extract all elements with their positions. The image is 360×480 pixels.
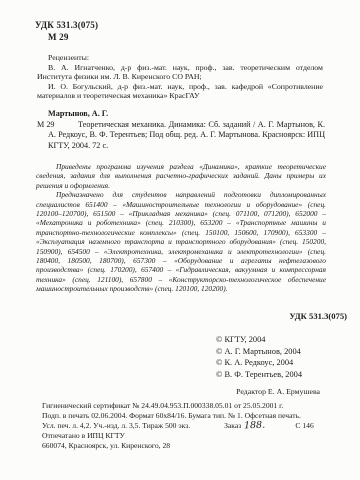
volume-order-line: Усл. печ. л. 4,2. Уч.-изд. л. 3,5. Тираж… xyxy=(42,421,342,431)
reviewers-section: Рецензенты: В. А. Игнатченко, д-р физ.-м… xyxy=(37,53,323,101)
order-label: Заказ xyxy=(224,421,241,431)
copyright-line: © КГТУ, 2004 xyxy=(216,334,302,346)
udc-classification-top: УДК 531.3(075) М 29 xyxy=(35,19,98,43)
catalog-author: Мартынов, А. Г. xyxy=(48,109,325,119)
print-info-line: Подп. в печать 02.06.2004. Формат 60х84/… xyxy=(42,411,342,421)
abstract-section: Приведены программа изучения раздела «Ди… xyxy=(36,162,326,294)
catalog-card: Мартынов, А. Г. М 29 Теоретическая механ… xyxy=(37,109,325,151)
copyright-line: © В. Ф. Терентьев, 2004 xyxy=(216,369,302,381)
c-code: С 146 xyxy=(295,421,313,431)
udc-classification-bottom: УДК 531.3(075) xyxy=(289,311,347,321)
catalog-entry-row: М 29 Теоретическая механика. Динамика: С… xyxy=(37,120,325,151)
reviewer-item: В. А. Игнатченко, д-р физ.-мат. наук, пр… xyxy=(37,63,323,82)
reviewer-item: И. О. Богульский, д-р физ.-мат. наук, пр… xyxy=(37,82,323,101)
editor-credit: Редактор Е. А. Ермушева xyxy=(236,387,320,396)
publisher-address-line: 660074, Красноярск, ул. Киренского, 28 xyxy=(42,441,342,451)
printed-at-line: Отпечатано в ИПЦ КГТУ xyxy=(42,431,342,441)
copyright-block: © КГТУ, 2004 © А. Г. Мартынов, 2004 © К.… xyxy=(216,334,302,380)
reviewers-heading: Рецензенты: xyxy=(37,53,323,63)
hygiene-certificate-line: Гигиенический сертификат № 24.49.04.953.… xyxy=(42,401,342,411)
udc-number: УДК 531.3(075) xyxy=(35,19,98,31)
catalog-code: М 29 xyxy=(37,120,55,130)
imprint-section: Гигиенический сертификат № 24.49.04.953.… xyxy=(42,401,342,451)
volume-info: Усл. печ. л. 4,2. Уч.-изд. л. 3,5. Тираж… xyxy=(42,421,190,431)
catalog-entry: Теоретическая механика. Динамика: Сб. за… xyxy=(48,120,325,151)
abstract-paragraph: Предназначено для студентов направлений … xyxy=(36,190,326,293)
abstract-paragraph: Приведены программа изучения раздела «Ди… xyxy=(36,162,326,190)
copyright-line: © К. А. Редкоус, 2004 xyxy=(216,357,302,369)
order-number-handwritten: 188. xyxy=(244,421,265,432)
book-imprint-page: УДК 531.3(075) М 29 Рецензенты: В. А. Иг… xyxy=(0,0,360,480)
copyright-line: © А. Г. Мартынов, 2004 xyxy=(216,346,302,358)
book-code: М 29 xyxy=(35,31,98,43)
